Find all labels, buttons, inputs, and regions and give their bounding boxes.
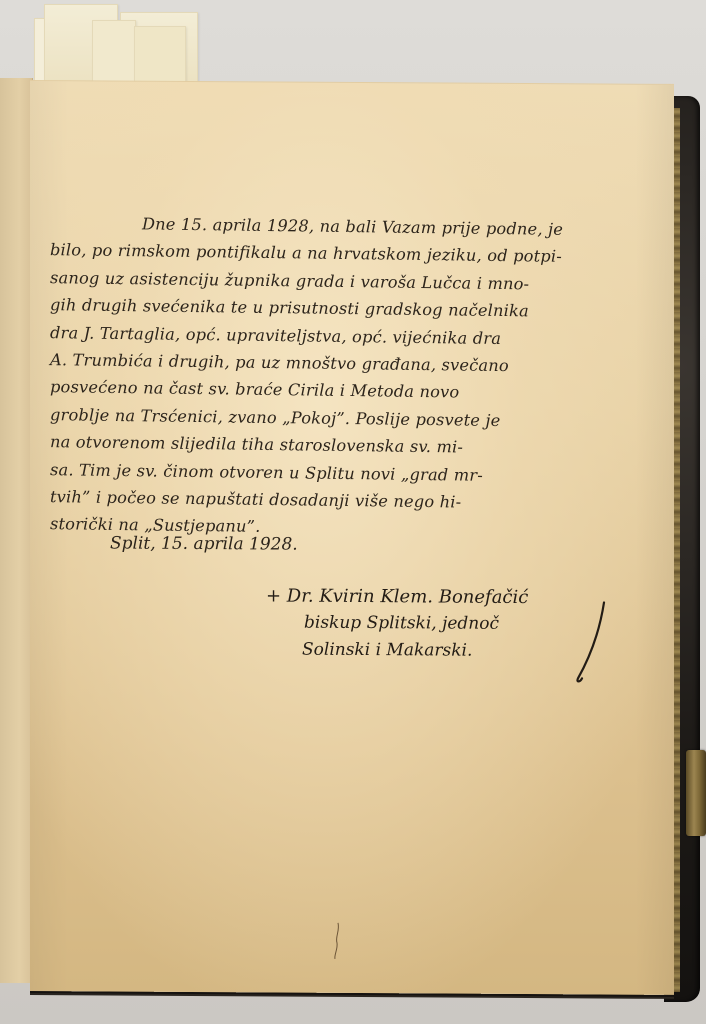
stray-mark-icon: [332, 921, 342, 961]
place-date: Split, 15. aprila 1928.: [110, 533, 298, 554]
signatory-name: + Dr. Kvirin Klem. Bonefačić: [266, 582, 528, 611]
left-page-edge: [0, 78, 33, 983]
brass-clasp: [686, 750, 706, 836]
signature-flourish-icon: [570, 598, 610, 684]
signatory-title: biskup Splitski, jednoč: [266, 609, 528, 638]
index-card: [134, 26, 186, 84]
index-card: [92, 20, 136, 84]
manuscript-body: Dne 15. aprila 1928, na bali Vazam prije…: [50, 209, 666, 541]
photo-scene: Dne 15. aprila 1928, na bali Vazam prije…: [0, 0, 706, 1024]
manuscript-page: Dne 15. aprila 1928, na bali Vazam prije…: [30, 80, 674, 995]
signatory-title: Solinski i Makarski.: [266, 636, 528, 665]
signature-block: + Dr. Kvirin Klem. Bonefačić biskup Spli…: [266, 582, 528, 665]
